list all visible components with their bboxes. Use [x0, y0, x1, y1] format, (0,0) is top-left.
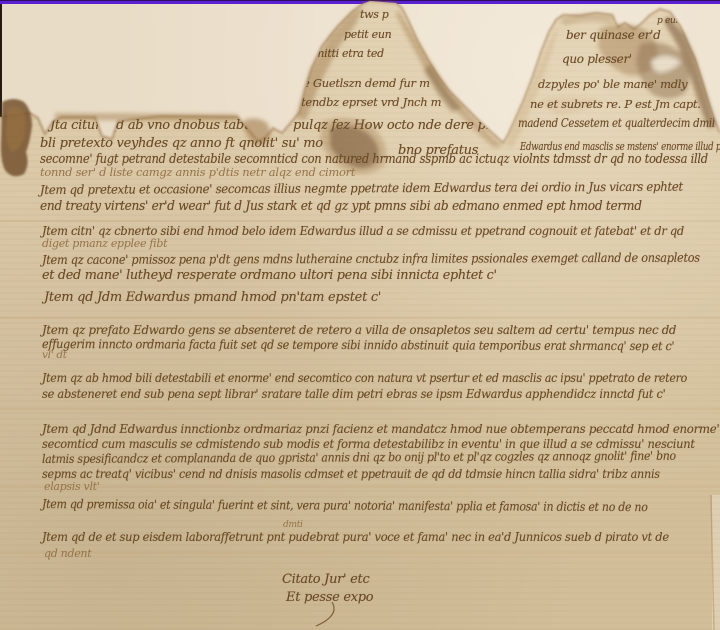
manuscript-line: madend Cessetem et qualterdecim dmil [518, 116, 715, 130]
manuscript-line: elapsis vlt' [44, 480, 100, 493]
manuscript-line: ne et subrets re. P est Jm capt. [530, 97, 701, 111]
manuscript-line: Citato Jur' etc [282, 572, 369, 587]
manuscript-line: Jtem qd premissa oia' et singula' fuerin… [42, 497, 648, 514]
manuscript-line: quo plesser' [562, 52, 632, 66]
manuscript-line: et ded mane' lutheyd resperate ordmano u… [42, 268, 497, 283]
manuscript-line: pulqz fez How octo nde dere pnle [293, 118, 505, 133]
manuscript-line: ber quinase er'd [566, 28, 661, 42]
manuscript-line: Jtem qz ab hmod bili detestabili et enor… [42, 371, 687, 385]
manuscript-line: tws p [360, 8, 389, 21]
manuscript-line: effugerim inncto ordmaria facta fuit set… [42, 337, 674, 353]
manuscript-line: Jtem qd de et sup eisdem laboraffetrunt … [42, 530, 669, 544]
manuscript-line: mitti etra ted [314, 47, 384, 60]
manuscript-line: vl' dt [42, 349, 67, 361]
manuscript-line: ntendbz eprset vrd Jnch m [294, 95, 441, 109]
manuscript-line: bli pretexto veyhdes qz anno ft qnolit' … [40, 136, 323, 151]
manuscript-line: diget pmanz epplee fibt [42, 237, 167, 250]
manuscript-line: Jtem citn' qz cbnerto sibi end hmod belo… [42, 224, 684, 238]
manuscript-line: Jtem qd Jdnd Edwardus innctionbz ordmari… [42, 421, 719, 436]
manuscript-line: Jtem qz cacone' pmissoz pena p'dt gens m… [42, 251, 700, 267]
manuscript-line: dzpyles po' ble mane' mdly [538, 77, 687, 91]
manuscript-line: Jtem qd pretextu et occasione' secomcas … [40, 180, 683, 197]
manuscript-photo: tws ppetit eunmitti etra tedber quinase … [0, 0, 720, 630]
manuscript-line: Jtem qd Jdm Edwardus pmand hmod pn'tam e… [44, 290, 381, 305]
manuscript-line: sepms ac treatq' vicibus' cend nd dnisis… [42, 467, 660, 481]
manuscript-line: dmti [283, 520, 303, 530]
manuscript-line: é Guetlszn demd fur m [303, 76, 430, 90]
manuscript-line: latmis spesificandcz et complananda de q… [42, 449, 676, 466]
manuscript-line: tonnd ser' d liste camgz annis p'dtis ne… [40, 165, 355, 179]
manuscript-line: Et pesse expo [286, 590, 373, 605]
manuscript-line: petit eun [344, 28, 391, 41]
manuscript-line: end treaty virtens' er'd wear' fut d Jus… [40, 199, 642, 214]
manuscript-line: Jtem qz prefato Edwardo gens se absenter… [42, 322, 676, 337]
manuscript-line: se absteneret end sub pena sept librar' … [42, 387, 665, 401]
manuscript-line: Jta citur' qd ab vno dnobus tabus [50, 118, 258, 133]
manuscript-line: qd ndent [44, 547, 91, 560]
